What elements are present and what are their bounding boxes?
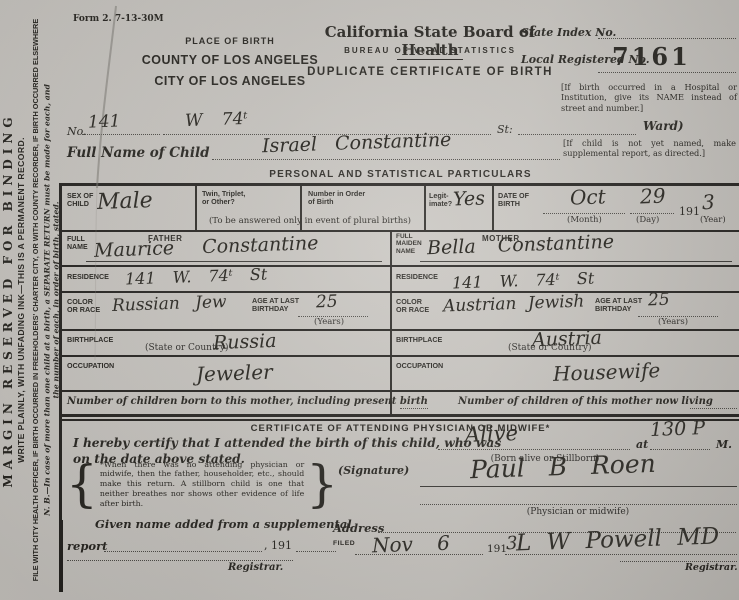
row1-bottom-rule xyxy=(60,230,739,232)
mother-name-writing-line xyxy=(420,261,732,262)
dob-day-handwritten: 29 xyxy=(640,184,666,209)
father-race-handwritten: Russian Jew xyxy=(112,292,227,316)
no-label: No. xyxy=(67,125,87,138)
order-of-birth-label: Number in Order of Birth xyxy=(308,190,365,207)
physician-cert-title: CERTIFICATE OF ATTENDING PHYSICIAN OR MI… xyxy=(62,424,739,435)
father-birthplace-label: BIRTHPLACE xyxy=(67,336,113,344)
certificate-title: DUPLICATE CERTIFICATE OF BIRTH xyxy=(290,66,570,79)
father-birthplace-handwritten: Russia xyxy=(213,330,277,354)
mother-residence-label: RESIDENCE xyxy=(396,273,438,281)
father-name-writing-line xyxy=(86,261,382,262)
row5-bottom xyxy=(60,355,739,357)
registrar-left-label: Registrar. xyxy=(228,562,283,573)
row3-bottom xyxy=(60,291,739,293)
child-name-label: Full Name of Child xyxy=(67,145,210,161)
filed-date-handwritten: Nov 6 xyxy=(372,531,451,558)
form-number: Form 2. 7-13-30M xyxy=(73,14,164,24)
mid-divider xyxy=(390,232,392,414)
father-name-label-2: NAME xyxy=(67,244,88,252)
father-residence-label: RESIDENCE xyxy=(67,273,109,281)
mother-name-label-1: FULL xyxy=(396,233,422,240)
mother-name-label-3: NAME xyxy=(396,248,422,255)
margin-write-plainly-line: WRITE PLAINLY, WITH UNFADING INK—THIS IS… xyxy=(15,0,28,600)
mother-age-caption: (Years) xyxy=(658,317,688,327)
mother-race-handwritten: Austrian Jewish xyxy=(443,292,585,317)
father-occupation-handwritten: Jeweler xyxy=(196,360,273,387)
report-year-prefix: , 191 xyxy=(264,539,292,552)
mother-age-label: AGE AT LAST BIRTHDAY xyxy=(595,297,642,314)
given-name-text: Given name added from a supplemental xyxy=(95,517,352,531)
father-name-handwritten: Maurice Constantine xyxy=(94,232,319,262)
dob-month-line xyxy=(543,212,625,214)
father-residence-handwritten: 141 W. 74ᵗ St xyxy=(125,265,268,289)
margin-text-3: FILE WITH CITY HEALTH OFFICER, IF BIRTH … xyxy=(31,19,39,581)
state-index-line xyxy=(598,37,736,39)
mother-race-label-2: OR RACE xyxy=(396,306,429,314)
mother-name-label-2: MAIDEN xyxy=(396,240,422,247)
time-line xyxy=(650,448,710,450)
row2-bottom xyxy=(60,265,739,267)
ward-label: Ward) xyxy=(643,119,684,133)
children-born-label: Number of children born to this mother, … xyxy=(67,396,428,407)
father-age-handwritten: 25 xyxy=(316,292,338,313)
mother-occupation-handwritten: Housewife xyxy=(553,358,661,386)
address-line-1 xyxy=(82,133,160,135)
mother-residence-handwritten: 141 W. 74ᵗ St xyxy=(452,269,595,293)
father-race-label-2: OR RACE xyxy=(67,306,100,314)
st-label: St: xyxy=(497,123,513,136)
dob-year-digit-handwritten: 3 xyxy=(702,190,716,214)
mother-birthplace-handwritten: Austria xyxy=(532,327,603,351)
registrar-left-line xyxy=(67,559,293,561)
rule-bottom-heavy-2 xyxy=(60,419,739,421)
filed-label: FILED xyxy=(333,540,355,548)
footnote-text: *When there was no attending physician o… xyxy=(100,460,304,509)
children-living-line xyxy=(690,407,737,409)
father-race-label: COLOR OR RACE xyxy=(67,298,100,315)
signature-label: (Signature) xyxy=(338,464,409,477)
margin-text-2: WRITE PLAINLY, WITH UNFADING INK—THIS IS… xyxy=(17,137,27,463)
order-label-line2: of Birth xyxy=(308,198,365,206)
rule-bottom-heavy-1 xyxy=(60,414,739,417)
dob-label-line2: BIRTH xyxy=(498,200,529,208)
report-label: report xyxy=(67,539,107,553)
time-handwritten: 130 P xyxy=(650,417,706,441)
physician-line xyxy=(420,503,737,505)
father-age-label: AGE AT LAST BIRTHDAY xyxy=(252,297,299,314)
row4-bottom xyxy=(60,329,739,331)
street-handwritten: W 74ᵗ xyxy=(185,109,248,131)
address-line-3 xyxy=(518,133,636,135)
physician-signature-handwritten: Paul B Roen xyxy=(470,449,657,484)
sex-of-child-label: SEX OF CHILD xyxy=(67,192,93,209)
children-born-line xyxy=(400,407,428,409)
birth-certificate-scan: MARGIN RESERVED FOR BINDING WRITE PLAINL… xyxy=(0,0,739,600)
physician-caption: (Physician or midwife) xyxy=(498,507,658,517)
plural-births-note: (To be answered only in event of plural … xyxy=(197,216,423,226)
twin-triplet-label: Twin, Triplet, or Other? xyxy=(202,190,245,207)
local-registered-line xyxy=(598,71,736,73)
report-year-line xyxy=(296,550,336,552)
footnote-block: *When there was no attending physician o… xyxy=(66,459,338,509)
father-age-caption: (Years) xyxy=(314,317,344,327)
margin-binding-line: MARGIN RESERVED FOR BINDING xyxy=(0,0,15,600)
mother-age-label-2: BIRTHDAY xyxy=(595,305,642,313)
father-name-label-1: FULL xyxy=(67,236,88,244)
local-registered-number: 7161 xyxy=(612,42,691,71)
dob-year-prefix: 191 xyxy=(679,205,700,218)
legitimate-label: Legit- imate? xyxy=(429,192,452,209)
margin-file-with-line: FILE WITH CITY HEALTH OFFICER, IF BIRTH … xyxy=(29,0,42,600)
registrar-signature-handwritten: L W Powell MD xyxy=(516,523,720,556)
report-line xyxy=(104,550,262,552)
left-edge-bar-bottom xyxy=(59,520,63,592)
rule-top-heavy xyxy=(60,183,739,186)
row1-divider-3 xyxy=(424,186,426,230)
row6-bottom xyxy=(60,390,739,392)
father-age-label-2: BIRTHDAY xyxy=(252,305,299,313)
dob-month-caption: (Month) xyxy=(567,215,602,225)
father-fullname-label: FULL NAME xyxy=(67,236,88,252)
hospital-note: [If birth occurred in a Hospital or Inst… xyxy=(561,82,737,113)
m-label: M. xyxy=(716,438,732,451)
mother-age-handwritten: 25 xyxy=(648,290,670,311)
dob-day-line xyxy=(630,212,674,214)
certify-text: I hereby certify that I attended the bir… xyxy=(73,436,501,450)
dob-month-handwritten: Oct xyxy=(570,184,606,209)
twin-label-line2: or Other? xyxy=(202,198,245,206)
house-number-handwritten: 141 xyxy=(88,111,121,132)
registrar-right-label: Registrar. xyxy=(685,562,738,573)
mother-fullname-label: FULL MAIDEN NAME xyxy=(396,233,422,255)
row1-divider-4 xyxy=(492,186,494,230)
signature-line xyxy=(420,486,737,487)
mother-race-label: COLOR OR RACE xyxy=(396,298,429,315)
date-of-birth-label: DATE OF BIRTH xyxy=(498,192,529,209)
alive-handwritten: Alive xyxy=(465,421,519,447)
mother-name-handwritten: Bella Constantine xyxy=(427,231,615,260)
mother-occupation-label: OCCUPATION xyxy=(396,362,443,370)
dob-day-caption: (Day) xyxy=(636,215,659,225)
child-name-line xyxy=(212,158,560,160)
child-name-note: [If child is not yet named, make supplem… xyxy=(563,138,736,159)
margin-text-1: MARGIN RESERVED FOR BINDING xyxy=(1,112,15,487)
bureau-rule xyxy=(397,59,463,60)
sex-label-line2: CHILD xyxy=(67,200,93,208)
legitimate-value-handwritten: Yes xyxy=(453,187,486,210)
legit-label-line2: imate? xyxy=(429,200,452,208)
sex-value-handwritten: Male xyxy=(97,188,154,215)
dob-year-caption: (Year) xyxy=(700,215,726,225)
particulars-title: PERSONAL AND STATISTICAL PARTICULARS xyxy=(62,169,739,181)
mother-birthplace-label: BIRTHPLACE xyxy=(396,336,442,344)
children-living-label: Number of children of this mother now li… xyxy=(458,396,713,407)
father-occupation-label: OCCUPATION xyxy=(67,362,114,370)
